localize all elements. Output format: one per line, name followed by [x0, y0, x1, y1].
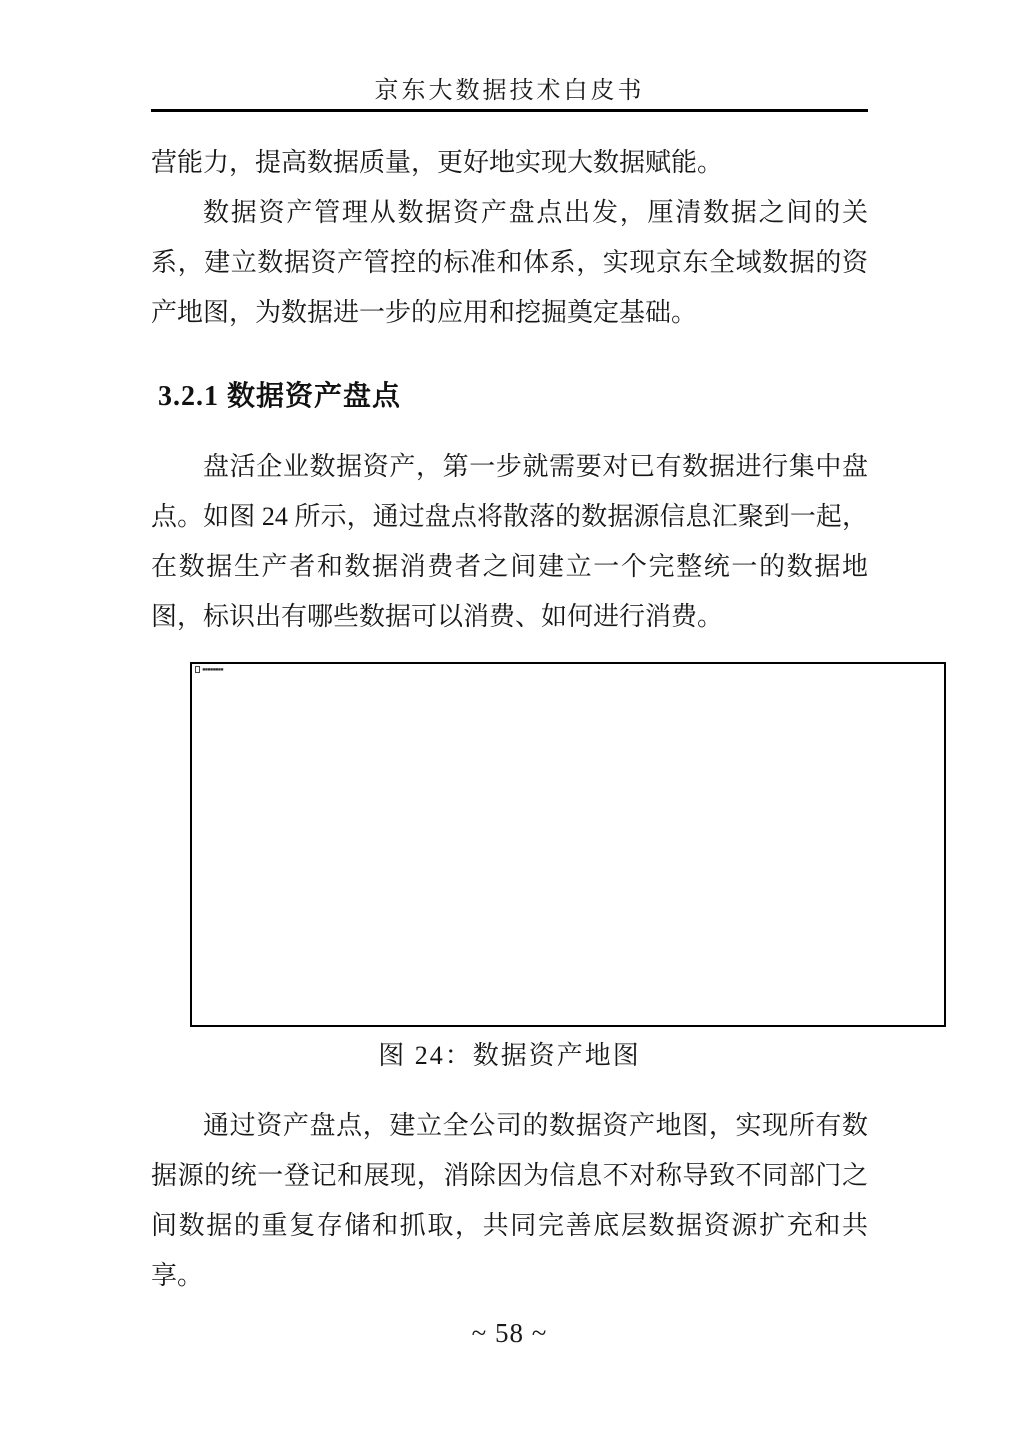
paragraph-asset-inventory: 盘活企业数据资产，第一步就需要对已有数据进行集中盘点。如图 24 所示，通过盘点…: [151, 442, 868, 642]
section-heading-3-2-1: 3.2.1 数据资产盘点: [158, 374, 868, 414]
page-header-title: 京东大数据技术白皮书: [0, 78, 1019, 104]
paragraph-continuation: 营能力，提高数据质量，更好地实现大数据赋能。: [151, 138, 868, 188]
figure-placeholder-text: ▪▪▪▪▪▪▪▪: [202, 666, 223, 673]
page-footer: ~ 58 ~: [0, 1318, 1019, 1349]
figure-24-image-frame: ▪▪▪▪▪▪▪▪: [190, 662, 946, 1027]
paragraph-asset-map-benefits: 通过资产盘点，建立全公司的数据资产地图，实现所有数据源的统一登记和展现，消除因为…: [151, 1101, 868, 1301]
page-number: ~ 58 ~: [472, 1318, 548, 1348]
broken-image-icon: [195, 666, 200, 673]
document-page: 京东大数据技术白皮书 营能力，提高数据质量，更好地实现大数据赋能。 数据资产管理…: [0, 0, 1019, 1440]
page-body: 营能力，提高数据质量，更好地实现大数据赋能。 数据资产管理从数据资产盘点出发，厘…: [151, 138, 868, 1301]
header-rule: [151, 109, 868, 112]
figure-24-caption: 图 24：数据资产地图: [151, 1039, 868, 1073]
page-header: 京东大数据技术白皮书: [0, 0, 1019, 112]
paragraph-data-asset-management: 数据资产管理从数据资产盘点出发，厘清数据之间的关系，建立数据资产管控的标准和体系…: [151, 188, 868, 338]
missing-image-placeholder: ▪▪▪▪▪▪▪▪: [195, 666, 223, 673]
